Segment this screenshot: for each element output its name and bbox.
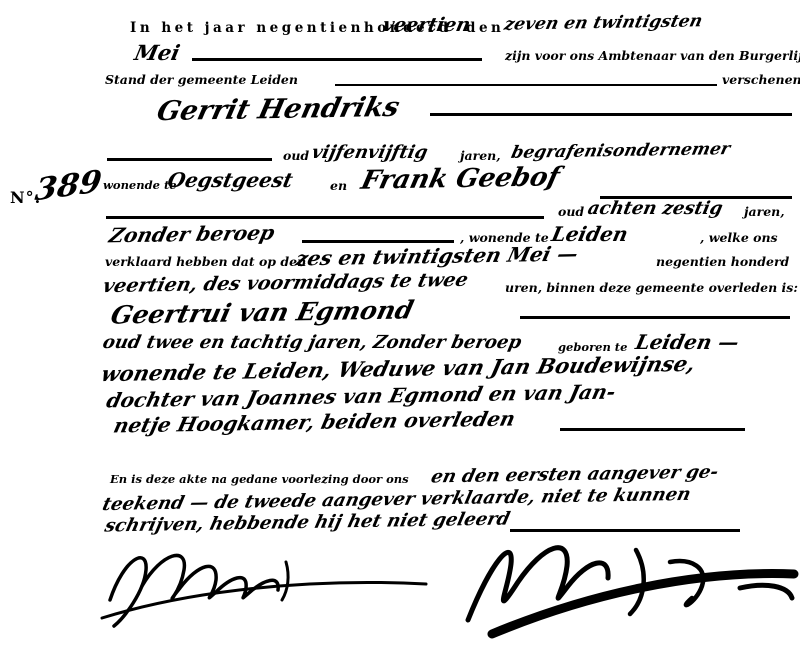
blank-line xyxy=(560,428,745,431)
form-closing-text: En is deze akte na gedane voorlezing doo… xyxy=(110,472,409,486)
form-appeared-label: verschenen: xyxy=(722,72,800,87)
form-den-label: den xyxy=(466,20,504,36)
form-years-label-1: jaren, xyxy=(460,148,501,163)
entry-declarant1-name: Gerrit Hendriks xyxy=(154,92,403,127)
death-certificate-scan: N°. 389 In het jaar negentienhonderd vee… xyxy=(0,0,800,650)
entry-registration-day: zeven en twintigsten xyxy=(502,11,704,34)
entry-declarant2-age: achten zestig xyxy=(586,198,725,219)
form-nineteen-hundred: negentien honderd xyxy=(656,254,789,269)
form-years-label-2: jaren, xyxy=(744,204,785,219)
blank-line xyxy=(107,158,272,161)
entry-registration-month: Mei xyxy=(132,40,182,65)
form-municipality-text: Stand der gemeente Leiden xyxy=(105,72,298,87)
blank-line xyxy=(302,240,454,243)
form-declared-text: verklaard hebben dat op den xyxy=(105,254,306,269)
form-age-label-2: oud xyxy=(558,204,584,219)
form-hours-deceased-text: uren, binnen deze gemeente overleden is: xyxy=(505,280,798,295)
entry-declarant1-occupation: begrafenisondernemer xyxy=(509,139,732,163)
entry-declarant2-name: Frank Geebof xyxy=(358,162,562,195)
entry-declarant1-residence: Oegstgeest xyxy=(165,168,295,192)
blank-line xyxy=(430,113,792,116)
blank-line xyxy=(106,216,544,219)
blank-line xyxy=(192,58,482,61)
blank-line xyxy=(520,316,790,319)
entry-declarant2-occupation: Zonder beroep xyxy=(107,221,277,248)
form-registrar-text: zijn voor ons Ambtenaar van den Burgerli… xyxy=(505,48,800,63)
signature-registrar xyxy=(440,528,800,640)
act-number: 389 xyxy=(33,164,103,209)
form-and-label: en xyxy=(330,178,347,193)
form-age-label-1: oud xyxy=(283,148,309,163)
entry-death-year-time: veertien, des voormiddags te twee xyxy=(101,269,471,297)
signature-declarant xyxy=(100,542,430,627)
entry-death-date: zes en twintigsten Mei — xyxy=(294,242,581,271)
entry-deceased-details: oud twee en tachtig jaren, Zonder beroep xyxy=(101,332,524,353)
entry-year-word: veertien xyxy=(381,14,473,36)
entry-deceased-name: Geertrui van Egmond xyxy=(108,295,416,329)
entry-declarant1-age: vijfenvijftig xyxy=(310,142,430,163)
blank-line xyxy=(335,84,717,86)
form-welke-ons: , welke ons xyxy=(700,230,778,245)
